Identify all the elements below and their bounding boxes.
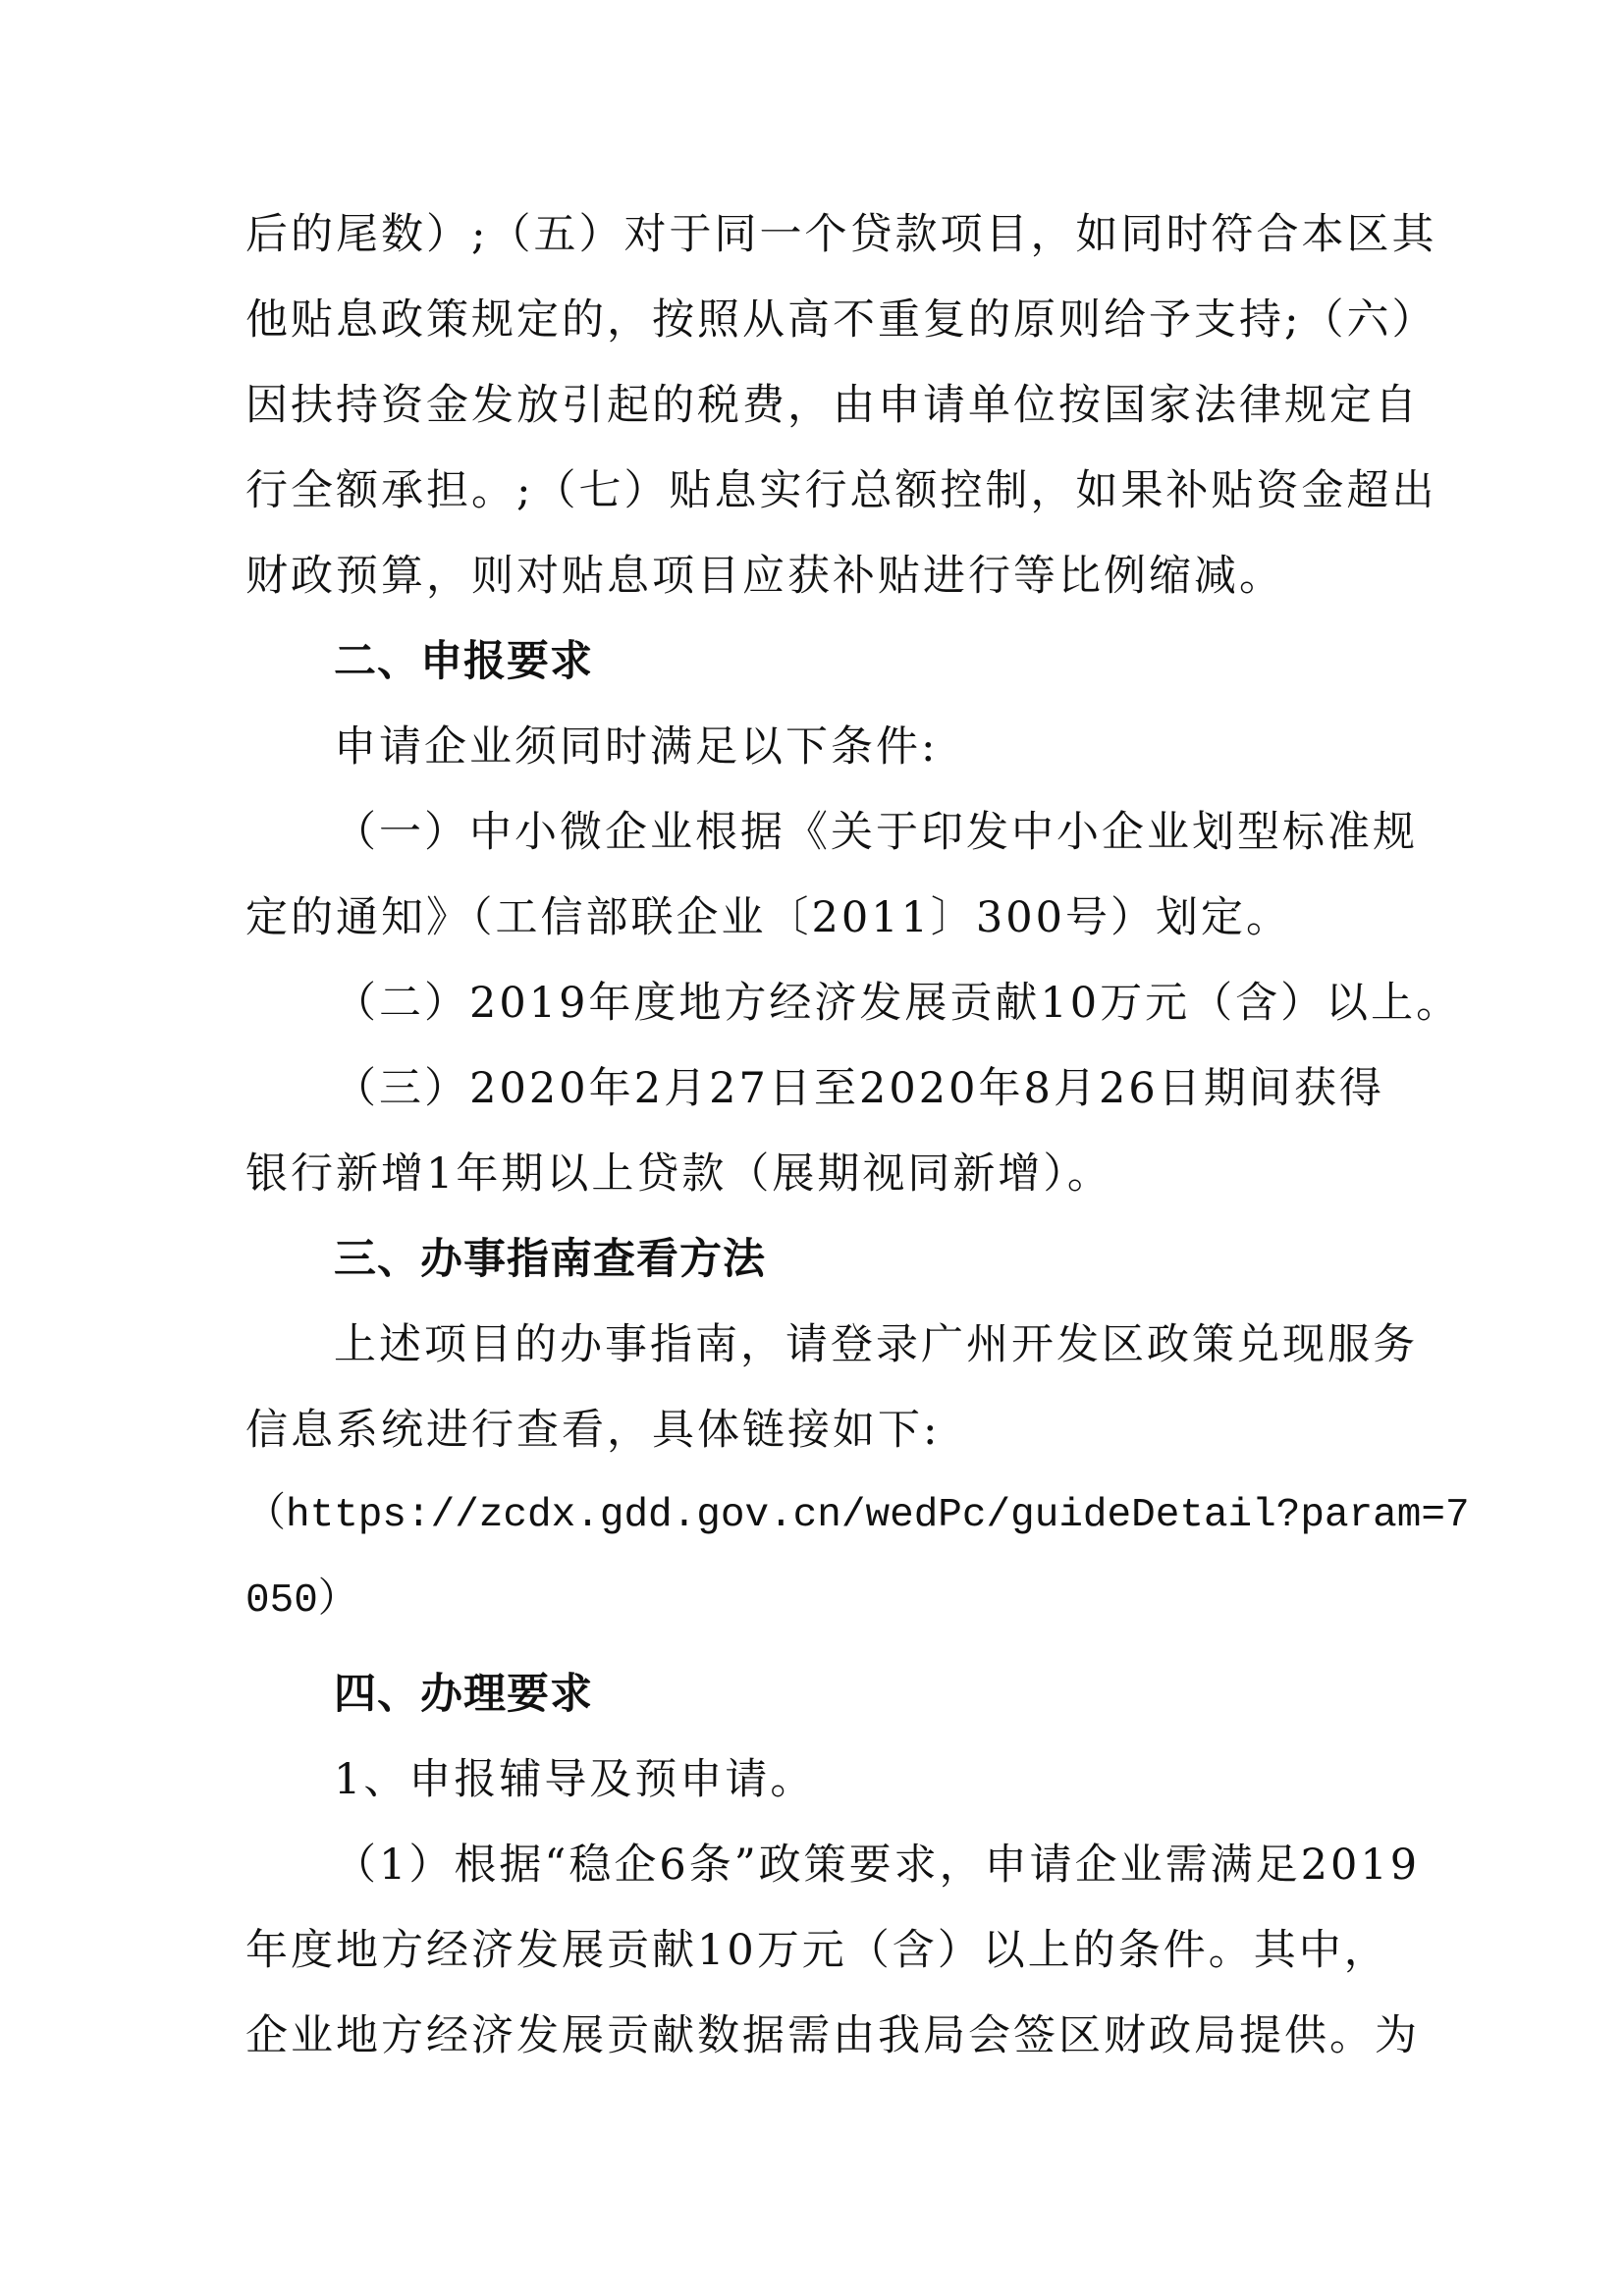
guide-link-continued[interactable]: 050） xyxy=(245,1572,1384,1630)
body-text-line: 年度地方经济发展贡献10万元（含）以上的条件。其中， xyxy=(245,1921,1384,1980)
list-item-line: 银行新增1年期以上贷款（展期视同新增）。 xyxy=(245,1145,1384,1203)
body-text-line: 因扶持资金发放引起的税费，由申请单位按国家法律规定自 xyxy=(245,376,1384,435)
section-heading-2: 二、申报要求 xyxy=(334,632,1384,691)
body-text-line: 申请企业须同时满足以下条件: xyxy=(334,718,1384,776)
list-item-line: （一）中小微企业根据《关于印发中小企业划型标准规 xyxy=(334,803,1384,862)
body-text-line: 上述项目的办事指南，请登录广州开发区政策兑现服务 xyxy=(334,1315,1384,1374)
section-heading-3: 三、办事指南查看方法 xyxy=(334,1230,1384,1289)
body-text-line: 后的尾数）;（五）对于同一个贷款项目，如同时符合本区其 xyxy=(245,205,1384,264)
list-item-line: （三）2020年2月27日至2020年8月26日期间获得 xyxy=(334,1059,1384,1118)
document-page: 后的尾数）;（五）对于同一个贷款项目，如同时符合本区其 他贴息政策规定的，按照从… xyxy=(0,0,1624,2296)
body-text-line: 他贴息政策规定的，按照从高不重复的原则给予支持;（六） xyxy=(245,291,1384,349)
body-text-line: 财政预算，则对贴息项目应获补贴进行等比例缩减。 xyxy=(245,547,1384,606)
list-item-line: （二）2019年度地方经济发展贡献10万元（含）以上。 xyxy=(334,974,1384,1033)
body-text-line: （1）根据“稳企6条”政策要求，申请企业需满足2019 xyxy=(334,1836,1384,1895)
body-text-line: 企业地方经济发展贡献数据需由我局会签区财政局提供。为 xyxy=(245,2006,1384,2065)
guide-link[interactable]: （https://zcdx.gdd.gov.cn/wedPc/guideDeta… xyxy=(245,1486,1384,1545)
subsection-heading: 1、申报辅导及预申请。 xyxy=(334,1750,1384,1809)
list-item-line: 定的通知》（工信部联企业〔2011〕300号）划定。 xyxy=(245,888,1384,947)
section-heading-4: 四、办理要求 xyxy=(334,1665,1384,1724)
body-text-line: 信息系统进行查看，具体链接如下: xyxy=(245,1401,1384,1460)
body-text-line: 行全额承担。;（七）贴息实行总额控制，如果补贴资金超出 xyxy=(245,461,1384,520)
